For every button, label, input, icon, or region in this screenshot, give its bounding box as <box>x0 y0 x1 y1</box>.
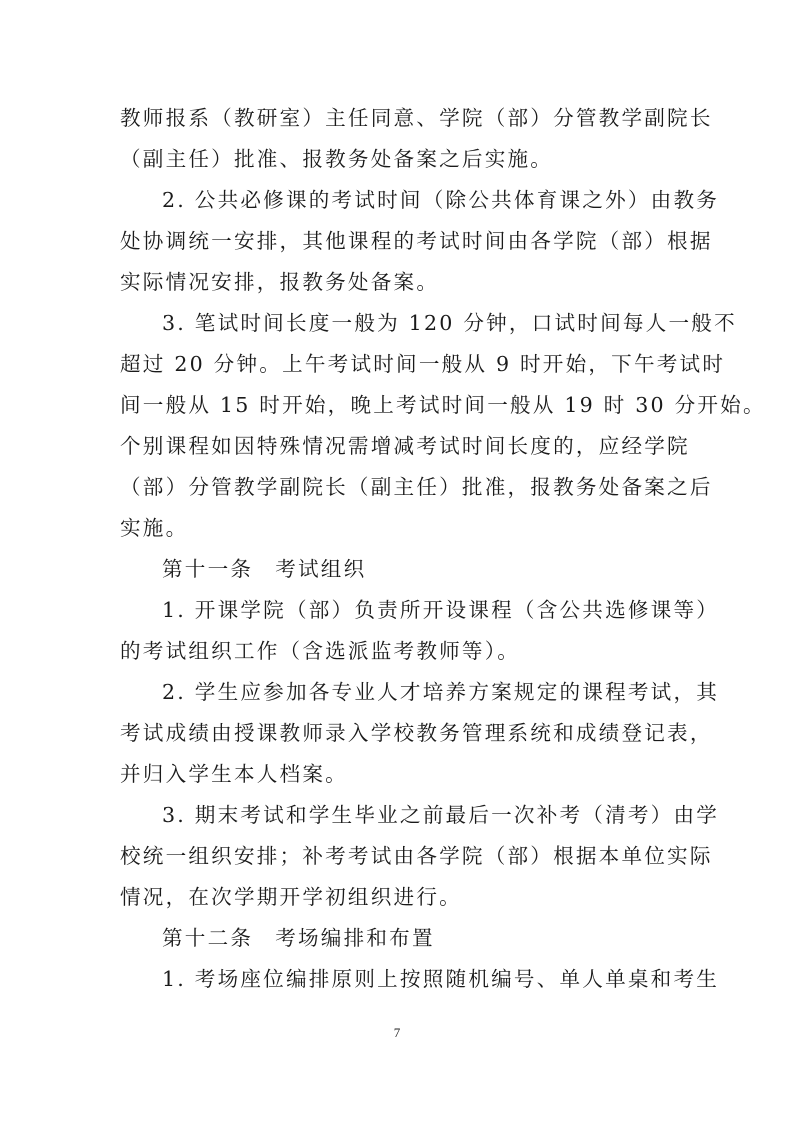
body-line: 的考试组织工作（含选派监考教师等）。 <box>120 636 676 666</box>
body-line: 考试成绩由授课教师录入学校教务管理系统和成绩登记表， <box>120 718 676 748</box>
paragraph-item-3: 3. 期末考试和学生毕业之前最后一次补考（清考）由学 <box>162 800 676 830</box>
body-line: 个别课程如因特殊情况需增减考试时间长度的，应经学院 <box>120 431 676 461</box>
body-line: 情况，在次学期开学初组织进行。 <box>120 882 676 912</box>
body-line: 实际情况安排，报教务处备案。 <box>120 267 676 297</box>
page-number: 7 <box>0 1024 794 1042</box>
paragraph-item-1: 1. 考场座位编排原则上按照随机编号、单人单桌和考生 <box>162 964 676 994</box>
article-heading-11: 第十一条考试组织 <box>162 554 676 584</box>
paragraph-item-3: 3. 笔试时间长度一般为 120 分钟，口试时间每人一般不 <box>162 308 676 338</box>
body-line: （部）分管教学副院长（副主任）批准，报教务处备案之后 <box>120 472 676 502</box>
article-title: 考试组织 <box>275 557 366 581</box>
article-title: 考场编排和布置 <box>275 926 435 950</box>
body-line: 并归入学生本人档案。 <box>120 759 676 789</box>
body-line: 实施。 <box>120 513 676 543</box>
body-line: 校统一组织安排；补考考试由各学院（部）根据本单位实际 <box>120 841 676 871</box>
paragraph-item-2: 2. 公共必修课的考试时间（除公共体育课之外）由教务 <box>162 185 676 215</box>
body-line: 超过 20 分钟。上午考试时间一般从 9 时开始，下午考试时 <box>120 349 676 379</box>
document-page: 教师报系（教研室）主任同意、学院（部）分管教学副院长 （副主任）批准、报教务处备… <box>0 0 794 1123</box>
body-line: 间一般从 15 时开始，晚上考试时间一般从 19 时 30 分开始。 <box>120 390 676 420</box>
body-line: 处协调统一安排，其他课程的考试时间由各学院（部）根据 <box>120 226 676 256</box>
article-label: 第十二条 <box>162 926 253 950</box>
paragraph-item-2: 2. 学生应参加各专业人才培养方案规定的课程考试，其 <box>162 677 676 707</box>
article-label: 第十一条 <box>162 557 253 581</box>
body-line: （副主任）批准、报教务处备案之后实施。 <box>120 144 676 174</box>
body-line: 教师报系（教研室）主任同意、学院（部）分管教学副院长 <box>120 103 676 133</box>
article-heading-12: 第十二条考场编排和布置 <box>162 923 676 953</box>
paragraph-item-1: 1. 开课学院（部）负责所开设课程（含公共选修课等） <box>162 595 676 625</box>
